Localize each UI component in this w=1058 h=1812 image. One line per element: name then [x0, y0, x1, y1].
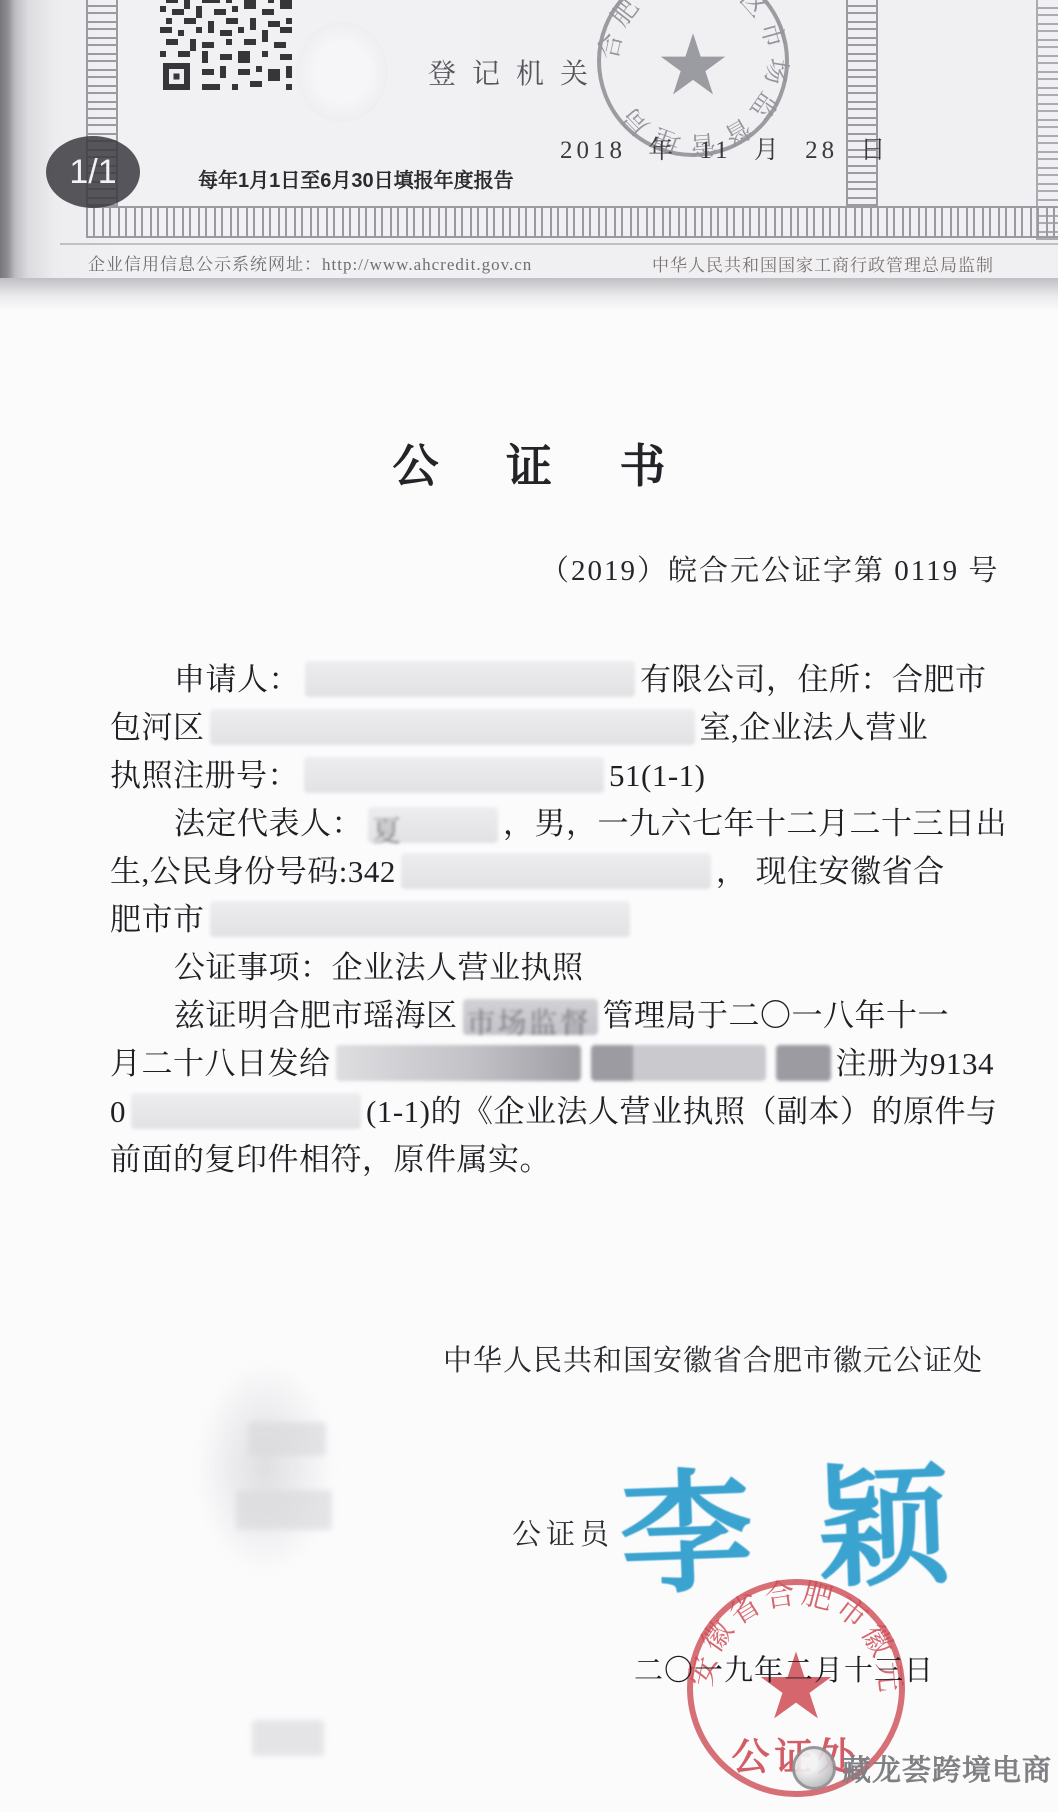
credit-site-url: 企业信用信息公示系统网址：http://www.ahcredit.gov.cn: [88, 250, 532, 275]
redaction-blur: 夏: [368, 807, 498, 843]
document-title: 公 证 书: [0, 430, 1058, 496]
body-text: 有限公司，住所：合肥市: [640, 662, 987, 697]
body-text: 法定代表人：: [174, 806, 363, 841]
body-line: 申请人：有限公司，住所：合肥市: [110, 656, 1050, 704]
notarized-document-photo: 合肥市瑶海区市场监督管理局 ★ 登记机关 2018 年 11 月 28 日 每年…: [0, 0, 1058, 1812]
body-line: 包河区室,企业法人营业: [110, 704, 1050, 752]
watermark-logo-icon: [792, 1746, 836, 1790]
body-text: 执照注册号：: [110, 758, 299, 793]
watermark-text: 藏龙荟跨境电商: [842, 1748, 1052, 1789]
registry-authority-label: 登记机关: [428, 52, 604, 92]
redaction-blur: [131, 1093, 361, 1129]
body-text: 管理局于二〇一八年十一: [603, 998, 950, 1033]
redaction-blur: [401, 853, 711, 889]
document-body: 申请人：有限公司，住所：合肥市包河区室,企业法人营业执照注册号：51(1-1)法…: [110, 656, 1050, 1184]
certificate-number: （2019）皖合元公证字第 0119 号: [540, 548, 999, 589]
body-line: 公证事项：企业法人营业执照: [110, 944, 1050, 992]
redaction-blur: [776, 1045, 831, 1081]
body-text: 注册为9134: [836, 1046, 995, 1081]
license-border-edge: [1036, 0, 1058, 240]
body-text: 包河区: [110, 710, 205, 745]
photo-page-shadow: [0, 278, 1058, 312]
body-text: 月二十八日发给: [110, 1046, 331, 1081]
body-text: 肥市市: [110, 902, 205, 937]
body-line: 执照注册号：51(1-1): [110, 752, 1050, 800]
body-line: 月二十八日发给注册为9134: [110, 1040, 1050, 1088]
license-supervisor-note: 中华人民共和国国家工商行政管理总局监制: [652, 251, 994, 276]
body-text: 0: [110, 1094, 126, 1129]
redaction-blur: [304, 757, 604, 793]
body-text: 生,公民身份号码:342: [110, 854, 396, 889]
redaction-blur: 市场监督: [463, 999, 598, 1035]
redaction-blur: [336, 1045, 581, 1081]
annual-report-note: 每年1月1日至6月30日填报年度报告: [198, 164, 514, 193]
body-line: 法定代表人：夏，男，一九六七年十二月二十三日出: [110, 800, 1050, 848]
notarization-date: 二〇一九年二月十三日: [634, 1648, 934, 1689]
body-text: ， 现住安徽省合: [716, 854, 945, 889]
redaction-blur: [305, 661, 635, 697]
body-line: 0(1-1)的《企业法人营业执照（副本）的原件与: [110, 1088, 1050, 1136]
license-border-right: [846, 0, 878, 206]
body-text: 公证事项：企业法人营业执照: [174, 950, 584, 985]
body-line: 生,公民身份号码:342， 现住安徽省合: [110, 848, 1050, 896]
page-count-text: 1/1: [69, 153, 116, 192]
faint-stamp-ghost: [195, 1360, 335, 1575]
notary-office-name: 中华人民共和国安徽省合肥市徽元公证处: [443, 1338, 983, 1379]
redaction-blur: [210, 709, 695, 745]
page-count-badge: 1/1: [46, 136, 140, 208]
body-text: 前面的复印件相符，原件属实。: [110, 1142, 551, 1177]
redaction-ghost-text: 夏: [368, 816, 407, 848]
body-line: 前面的复印件相符，原件属实。: [110, 1136, 1050, 1184]
watermark: 藏龙荟跨境电商: [792, 1746, 1052, 1790]
smudge-mark: [252, 1720, 324, 1756]
body-text: 兹证明合肥市瑶海区: [174, 998, 458, 1033]
body-text: 申请人：: [174, 662, 300, 697]
smudge-mark: [248, 1422, 326, 1456]
body-text: 室,企业法人营业: [700, 710, 929, 745]
redaction-blur: [591, 1045, 766, 1081]
license-border-hairline: [60, 243, 1058, 245]
license-issue-date: 2018 年 11 月 28 日: [560, 130, 889, 166]
business-license-photo: 合肥市瑶海区市场监督管理局 ★ 登记机关 2018 年 11 月 28 日 每年…: [0, 0, 1058, 282]
body-text: (1-1)的《企业法人营业执照（副本）的原件与: [366, 1094, 997, 1129]
paper-fold-highlight: [296, 22, 388, 122]
smudge-mark: [236, 1490, 332, 1530]
body-text: ，男，一九六七年十二月二十三日出: [503, 806, 1007, 841]
body-text: 51(1-1): [609, 758, 705, 793]
body-line: 兹证明合肥市瑶海区市场监督管理局于二〇一八年十一: [110, 992, 1050, 1040]
redaction-blur: [210, 901, 630, 937]
notary-role-label: 公证员: [512, 1512, 614, 1553]
star-icon: ★: [655, 20, 730, 113]
license-border-bottom: [86, 206, 1058, 238]
qr-code: [160, 0, 298, 100]
redaction-ghost-text: 市场监督: [463, 1008, 595, 1040]
body-line: 肥市市: [110, 896, 1050, 944]
